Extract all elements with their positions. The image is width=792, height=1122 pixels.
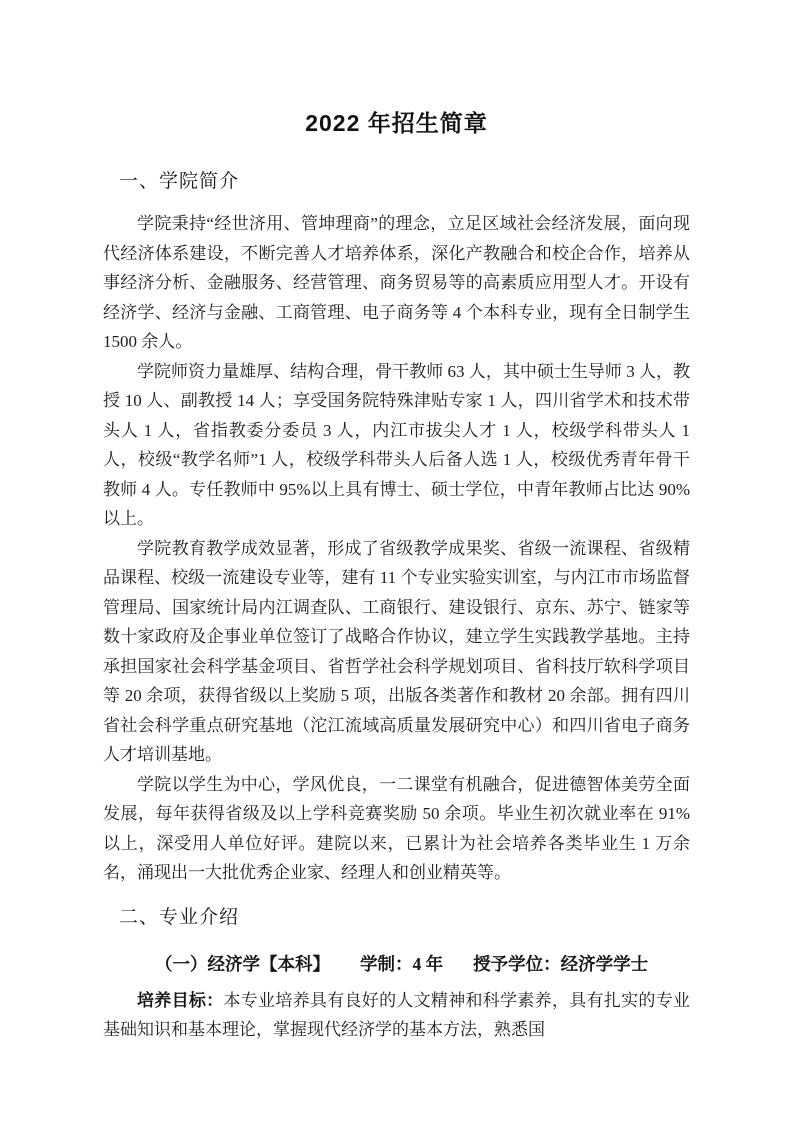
document-title: 2022 年招生简章 [103,106,690,140]
section-heading-majors-intro: 二、专业介绍 [119,904,690,932]
paragraph-teaching-achievements: 学院教育教学成效显著，形成了省级教学成果奖、省级一流课程、省级精品课程、校级一流… [103,534,690,770]
paragraph-faculty: 学院师资力量雄厚、结构合理，骨干教师 63 人，其中硕士生导师 3 人，教授 1… [103,357,690,534]
paragraph-students: 学院以学生为中心，学风优良，一二课堂有机融合，促进德智体美劳全面发展，每年获得省… [103,770,690,888]
paragraph-college-overview: 学院秉持“经世济用、管坤理商”的理念，立足区域社会经济发展，面向现代经济体系建设… [103,209,690,357]
program-name: （一）经济学【本科】 [155,949,330,979]
program-heading-economics: （一）经济学【本科】 学制：4 年 授予学位：经济学学士 [103,949,690,979]
program-duration: 学制：4 年 [360,949,443,979]
program-degree: 授予学位：经济学学士 [473,949,648,979]
training-objective-label: 培养目标： [137,991,223,1010]
document-page: 2022 年招生简章 一、学院简介 学院秉持“经世济用、管坤理商”的理念，立足区… [0,0,792,1122]
paragraph-training-objective: 培养目标：本专业培养具有良好的人文精神和科学素养，具有扎实的专业基础知识和基本理… [103,986,690,1045]
section-heading-college-intro: 一、学院简介 [119,168,690,196]
